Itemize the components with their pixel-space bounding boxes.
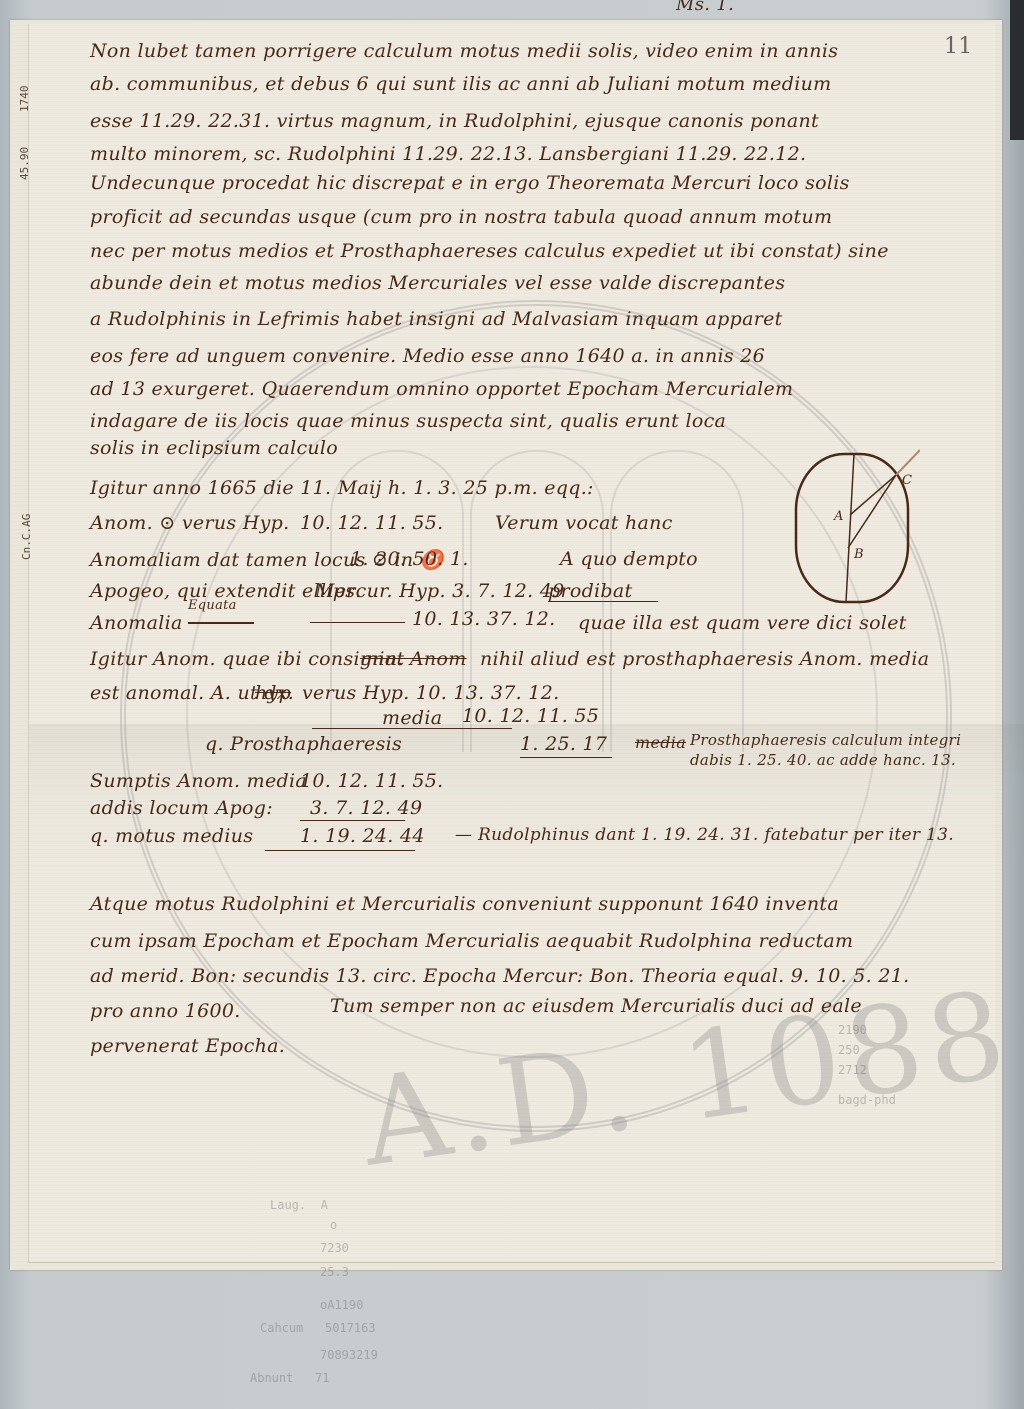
margin-note-2: 45.90	[18, 147, 31, 180]
text-line: indagare de iis locis quae minus suspect…	[90, 410, 726, 432]
sum-row-label: q. motus medius	[90, 825, 253, 847]
header-mark: Ms. 1.	[676, 0, 734, 15]
calculation-heading: Igitur anno 1665 die 11. Maij h. 1. 3. 2…	[90, 477, 594, 499]
sum-row-value: 10. 12. 11. 55.	[300, 770, 443, 792]
bleedthrough-bottom-4: 25.3	[320, 1262, 349, 1282]
bleedthrough-bottom-7: 70893219	[320, 1345, 378, 1365]
underline	[548, 601, 658, 602]
text-line: esse 11.29. 22.31. virtus magnum, in Rud…	[90, 110, 819, 132]
closing-line: cum ipsam Epocham et Epocham Mercurialis…	[90, 930, 853, 952]
text-line: ad 13 exurgeret. Quaerendum omnino oppor…	[90, 378, 793, 400]
bleedthrough-bottom-5: oA1190	[320, 1295, 363, 1315]
ellipse-diagram-svg: A B C	[790, 440, 920, 610]
bleedthrough-right-2: 250	[838, 1040, 860, 1060]
text-line: eos fere ad unguem convenire. Medio esse…	[90, 345, 765, 367]
calc-row-value: 10. 12. 11. 55.	[300, 512, 443, 534]
folio-number: 11	[944, 34, 973, 59]
struck-text: hyp	[255, 682, 291, 704]
calc-row-note: A quo dempto	[560, 548, 698, 570]
struck-text: media	[635, 733, 686, 752]
bleedthrough-right-1: 2190	[838, 1020, 867, 1040]
bleedthrough-bottom-8: Abnunt 71	[250, 1368, 329, 1388]
margin-note-3: Cn.C.AG	[20, 514, 33, 560]
bleedthrough-bottom-6: Cahcum 5017163	[260, 1318, 376, 1338]
closing-line: Tum semper non ac eiusdem Mercurialis du…	[330, 995, 862, 1017]
svg-text:B: B	[853, 547, 864, 562]
bleedthrough-right-4: bagd-phd	[838, 1090, 896, 1110]
calc-row-value: Mercur. Hyp. 3. 7. 12. 49	[315, 580, 565, 602]
closing-line: ad merid. Bon: secundis 13. circ. Epocha…	[90, 965, 909, 987]
calc-row-label: media	[382, 707, 442, 729]
calc-row-label: q. Prosthaphaeresis	[205, 733, 402, 755]
sum-row-value: 1. 19. 24. 44	[300, 825, 425, 847]
text-line: solis in eclipsium calculo	[90, 437, 338, 459]
result-line	[265, 850, 415, 851]
sum-line	[300, 820, 405, 821]
text-line: a Rudolphinis in Lefrimis habet insigni …	[90, 308, 783, 330]
sum-row-label: addis locum Apog:	[90, 797, 273, 819]
bleedthrough-bottom-1: Laug. A	[270, 1195, 328, 1215]
calc-row-label: Igitur Anom. quae ibi consignat	[90, 648, 404, 670]
calc-row-note: prodibat	[548, 580, 632, 602]
margin-note-1: 1740	[18, 86, 31, 113]
calc-row-value: 1. 25. 17	[520, 733, 607, 755]
scanner-edge	[1010, 0, 1024, 140]
closing-line: Atque motus Rudolphini et Mercurialis co…	[90, 893, 839, 915]
closing-line: pro anno 1600.	[90, 1000, 241, 1022]
text-line: Undecunque procedat hic discrepat e in e…	[90, 172, 850, 194]
closing-line: pervenerat Epocha.	[90, 1035, 285, 1057]
text-line: Non lubet tamen porrigere calculum motus…	[90, 40, 838, 62]
struck-text: min. Anom	[360, 648, 467, 670]
bleedthrough-bottom-3: 7230	[320, 1238, 349, 1258]
bleedthrough-bottom-2: o	[330, 1215, 337, 1235]
calc-row-note: Prosthaphaeresis calculum integri dabis …	[690, 730, 990, 770]
ellipse-diagram: A B C	[790, 440, 920, 610]
calc-row-label: Anomalia	[90, 612, 183, 634]
svg-text:A: A	[833, 509, 843, 524]
sum-row-value: 3. 7. 12. 49	[310, 797, 422, 819]
dash-line	[310, 622, 405, 623]
text-line: abunde dein et motus medios Mercuriales …	[90, 272, 785, 294]
calc-row-note: quae illa est quam vere dici solet	[578, 612, 907, 634]
text-line: ab. communibus, et debus 6 qui sunt ilis…	[90, 73, 831, 95]
sum-line	[312, 728, 512, 729]
sum-row-label: Sumptis Anom. media	[90, 770, 307, 792]
svg-text:C: C	[902, 473, 912, 488]
text-line: proficit ad secundas usque (cum pro in n…	[90, 206, 832, 228]
text-line: nec per motus medios et Prosthaphaereses…	[90, 240, 889, 262]
sum-comparison: — Rudolphinus dant 1. 19. 24. 31. fateba…	[455, 825, 954, 845]
calc-row-label: Anom. ⊙ verus Hyp.	[90, 512, 289, 534]
calc-row-note: Verum vocat hanc	[495, 512, 673, 534]
calc-row-value: 10. 13. 37. 12.	[412, 608, 555, 630]
text-line: multo minorem, sc. Rudolphini 11.29. 22.…	[90, 143, 806, 165]
calc-row-note: nihil aliud est prosthaphaeresis Anom. m…	[480, 648, 929, 670]
calc-row-value: 1. 20. 50. 1.	[350, 548, 469, 570]
calc-row-value: verus Hyp. 10. 13. 37. 12.	[302, 682, 559, 704]
strike-bar	[188, 622, 254, 624]
underline	[520, 757, 612, 758]
bleedthrough-right-3: 2712	[838, 1060, 867, 1080]
calc-row-correction: Equata	[188, 598, 237, 613]
calc-row-value: 10. 12. 11. 55	[462, 705, 599, 727]
